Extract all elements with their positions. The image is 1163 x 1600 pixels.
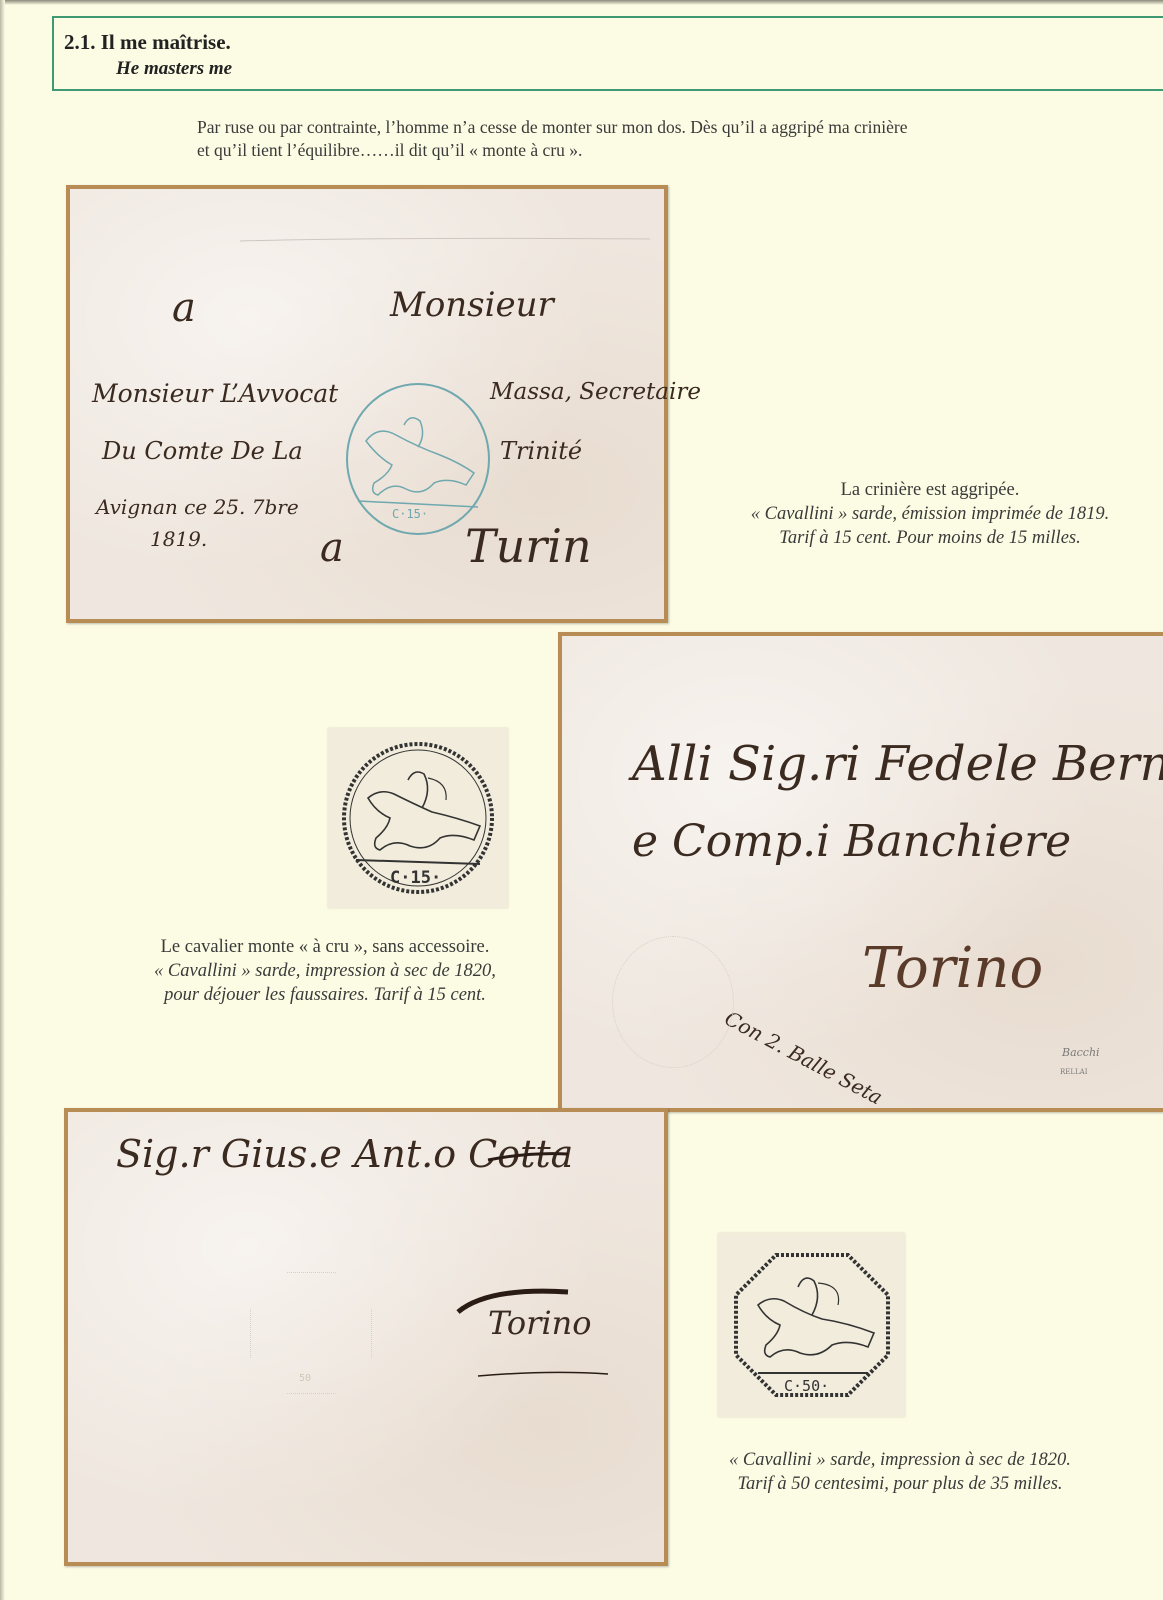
embossed-seal: 50 — [250, 1272, 372, 1394]
intro-paragraph: Par ruse ou par contrainte, l’homme n’a … — [197, 116, 1137, 162]
stamp-image-c15: C·15· — [328, 728, 508, 908]
handwriting-date: Avignan ce 25. 7bre — [96, 495, 299, 519]
stamp-image-c50: C·50· — [718, 1233, 905, 1417]
cover-paper: Sig.r Gius.e Ant.o Cotta Torino 50 — [68, 1112, 664, 1562]
caption-line: Tarif à 50 centesimi, pour plus de 35 mi… — [670, 1472, 1130, 1496]
stamp-value: C·15· — [390, 868, 441, 888]
emboss-value: 50 — [299, 1373, 311, 1384]
handwriting-trinite: Trinité — [500, 437, 582, 465]
pencil-note: Bacchi — [1062, 1046, 1100, 1059]
caption-1820-dry-50: « Cavallini » sarde, impression à sec de… — [670, 1448, 1130, 1496]
caption-line: « Cavallini » sarde, impression à sec de… — [670, 1448, 1130, 1472]
handwriting-a: a — [172, 285, 196, 331]
caption-line: « Cavallini » sarde, émission imprimée d… — [690, 502, 1163, 526]
section-title: 2.1. Il me maîtrise. — [64, 30, 231, 55]
caption-line: La crinière est aggripée. — [690, 478, 1163, 502]
seal-value: C·15· — [392, 507, 428, 521]
handwriting-addressee: Monsieur L’Avvocat — [92, 379, 338, 408]
pencil-note: RELLAI — [1060, 1068, 1088, 1076]
handwriting-banchiere: e Comp.i Banchiere — [632, 816, 1071, 867]
caption-line: Le cavalier monte « à cru », sans access… — [90, 935, 560, 959]
handwriting-monsieur: Monsieur — [390, 285, 554, 325]
printed-seal-c15: C·15· — [346, 383, 490, 535]
cover-torino-berni: Alli Sig.ri Fedele Berni e Comp.i Banchi… — [558, 632, 1163, 1112]
handwriting-torino: Torino — [488, 1304, 592, 1342]
handwriting-massa: Massa, Secretaire — [490, 379, 701, 405]
embossed-seal — [612, 936, 734, 1068]
cover-paper: a Monsieur Monsieur L’Avvocat Massa, Sec… — [70, 189, 664, 619]
handwriting-addressee: Alli Sig.ri Fedele Berni — [632, 736, 1163, 792]
caption-line: « Cavallini » sarde, impression à sec de… — [90, 959, 560, 983]
section-header: 2.1. Il me maîtrise. He masters me — [52, 16, 1163, 91]
handwriting-comte: Du Comte De La — [102, 437, 303, 465]
cover-1819-turin: a Monsieur Monsieur L’Avvocat Massa, Sec… — [66, 185, 668, 623]
handwriting-torino: Torino — [862, 936, 1043, 1001]
handwriting-a-2: a — [320, 525, 344, 571]
caption-line: pour déjouer les faussaires. Tarif à 15 … — [90, 983, 560, 1007]
page-top-shadow — [0, 0, 1163, 5]
cover-paper: Alli Sig.ri Fedele Berni e Comp.i Banchi… — [562, 636, 1163, 1108]
cover-torino-cotta: Sig.r Gius.e Ant.o Cotta Torino 50 — [64, 1108, 668, 1566]
stamp-value: C·50· — [784, 1377, 829, 1395]
section-subtitle: He masters me — [116, 58, 232, 80]
intro-line-2: et qu’il tient l’équilibre……il dit qu’il… — [197, 139, 1137, 162]
intro-line-1: Par ruse ou par contrainte, l’homme n’a … — [197, 116, 1137, 139]
page-left-shadow — [0, 0, 5, 1600]
handwriting-year: 1819. — [150, 527, 207, 551]
handwriting-balle-seta: Con 2. Balle Seta — [721, 1006, 887, 1109]
caption-1819-printed: La crinière est aggripée. « Cavallini » … — [690, 478, 1163, 550]
caption-1820-dry-15: Le cavalier monte « à cru », sans access… — [90, 935, 560, 1007]
caption-line: Tarif à 15 cent. Pour moins de 15 milles… — [690, 526, 1163, 550]
